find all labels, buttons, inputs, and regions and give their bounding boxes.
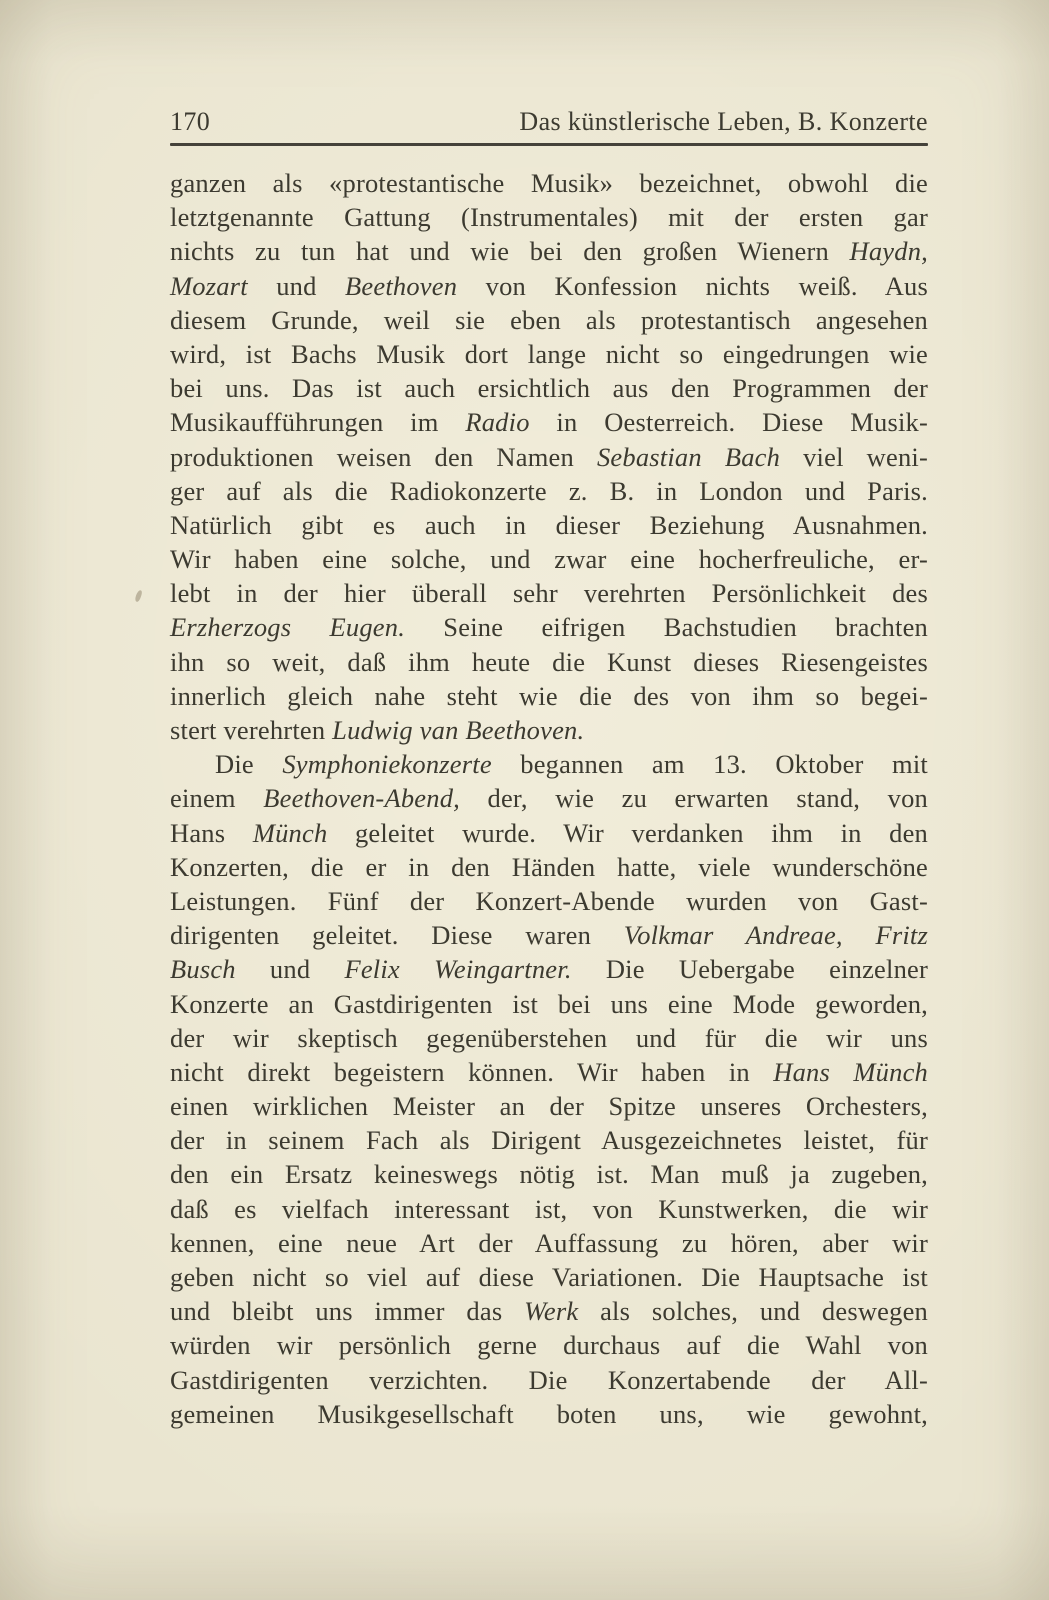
text-line: innerlich gleich nahe steht wie die des … — [170, 679, 928, 713]
text-line: und bleibt uns immer das Werk als solche… — [170, 1294, 928, 1328]
header-rule — [170, 143, 928, 146]
text-segment: nicht direkt begeistern können. Wir habe… — [170, 1057, 773, 1087]
italic-text-segment: Werk — [524, 1296, 578, 1326]
text-segment: produktionen weisen den Namen — [170, 442, 597, 472]
italic-text-segment: Busch — [170, 954, 236, 984]
text-segment: der wir skeptisch gegenüberstehen und fü… — [170, 1023, 928, 1053]
text-segment: einen wirklichen Meister an der Spitze u… — [170, 1091, 928, 1121]
text-line: würden wir persönlich gerne durchaus auf… — [170, 1328, 928, 1362]
text-line: diesem Grunde, weil sie eben als protest… — [170, 303, 928, 337]
text-line: nicht direkt begeistern können. Wir habe… — [170, 1055, 928, 1089]
text-line: nichts zu tun hat und wie bei den großen… — [170, 234, 928, 268]
text-line: Busch und Felix Weingartner. Die Ueberga… — [170, 952, 928, 986]
text-segment: kennen, eine neue Art der Auffassung zu … — [170, 1228, 928, 1258]
italic-text-segment: Mozart — [170, 271, 248, 301]
italic-text-segment: Erzherzogs Eugen. — [170, 612, 405, 642]
text-segment: wird, ist Bachs Musik dort lange nicht s… — [170, 339, 928, 369]
text-segment: der, wie zu erwarten stand, von — [460, 783, 928, 813]
text-line: Gastdirigenten verzichten. Die Konzertab… — [170, 1363, 928, 1397]
text-segment: Leistungen. Fünf der Konzert-Abende wurd… — [170, 886, 928, 916]
text-segment: dirigenten geleitet. Diese waren — [170, 920, 624, 950]
text-segment: Die — [215, 749, 282, 779]
text-segment: würden wir persönlich gerne durchaus auf… — [170, 1330, 928, 1360]
text-segment: den ein Ersatz keineswegs nötig ist. Man… — [170, 1159, 928, 1189]
text-segment: ganzen als «protestantische Musik» bezei… — [170, 168, 928, 198]
text-line: produktionen weisen den Namen Sebastian … — [170, 440, 928, 474]
italic-text-segment: Ludwig van Beethoven. — [332, 715, 584, 745]
text-line: der wir skeptisch gegenüberstehen und fü… — [170, 1021, 928, 1055]
text-segment: geben nicht so viel auf diese Variatione… — [170, 1262, 928, 1292]
text-segment: der in seinem Fach als Dirigent Ausgezei… — [170, 1125, 928, 1155]
text-segment: Wir haben eine solche, und zwar eine hoc… — [170, 544, 928, 574]
text-segment: nichts zu tun hat und wie bei den großen… — [170, 236, 850, 266]
text-line: ger auf als die Radiokonzerte z. B. in L… — [170, 474, 928, 508]
italic-text-segment: Münch — [253, 818, 328, 848]
text-line: Erzherzogs Eugen. Seine eifrigen Bachstu… — [170, 610, 928, 644]
body-text: ganzen als «protestantische Musik» bezei… — [170, 166, 928, 1431]
text-line: ganzen als «protestantische Musik» bezei… — [170, 166, 928, 200]
text-line: kennen, eine neue Art der Auffassung zu … — [170, 1226, 928, 1260]
text-segment: ger auf als die Radiokonzerte z. B. in L… — [170, 476, 928, 506]
text-line: einen wirklichen Meister an der Spitze u… — [170, 1089, 928, 1123]
italic-text-segment: Hans Münch — [773, 1057, 928, 1087]
italic-text-segment: Volkmar Andreae, Fritz — [624, 920, 928, 950]
italic-text-segment: Felix Weingartner. — [344, 954, 571, 984]
text-line: gemeinen Musikgesellschaft boten uns, wi… — [170, 1397, 928, 1431]
text-line: wird, ist Bachs Musik dort lange nicht s… — [170, 337, 928, 371]
text-line: Konzerte an Gastdirigenten ist bei uns e… — [170, 987, 928, 1021]
text-segment: letztgenannte Gattung (Instrumentales) m… — [170, 202, 928, 232]
italic-text-segment: Radio — [465, 407, 529, 437]
text-line: Hans Münch geleitet wurde. Wir verdanken… — [170, 816, 928, 850]
text-line: der in seinem Fach als Dirigent Ausgezei… — [170, 1123, 928, 1157]
text-segment: gemeinen Musikgesellschaft boten uns, wi… — [170, 1399, 928, 1429]
text-line: geben nicht so viel auf diese Variatione… — [170, 1260, 928, 1294]
text-segment: einem — [170, 783, 263, 813]
text-line: bei uns. Das ist auch ersichtlich aus de… — [170, 371, 928, 405]
text-segment: innerlich gleich nahe steht wie die des … — [170, 681, 928, 711]
text-line: Musikaufführungen im Radio in Oesterreic… — [170, 405, 928, 439]
text-segment: daß es vielfach interessant ist, von Kun… — [170, 1194, 928, 1224]
text-segment: begannen am 13. Oktober mit — [492, 749, 928, 779]
text-segment: Hans — [170, 818, 253, 848]
text-segment: Die Uebergabe einzelner — [572, 954, 928, 984]
text-segment: Natürlich gibt es auch in dieser Beziehu… — [170, 510, 928, 540]
text-line: einem Beethoven-Abend, der, wie zu erwar… — [170, 781, 928, 815]
text-line: lebt in der hier überall sehr verehrten … — [170, 576, 928, 610]
text-segment: Konzerte an Gastdirigenten ist bei uns e… — [170, 989, 928, 1019]
text-segment: diesem Grunde, weil sie eben als protest… — [170, 305, 928, 335]
text-line: dirigenten geleitet. Diese waren Volkmar… — [170, 918, 928, 952]
running-title: Das künstlerische Leben, B. Konzerte — [519, 106, 928, 138]
text-line: Mozart und Beethoven von Konfession nich… — [170, 269, 928, 303]
text-segment: ihn so weit, daß ihm heute die Kunst die… — [170, 647, 928, 677]
text-segment: geleitet wurde. Wir verdanken ihm in den — [327, 818, 928, 848]
text-line: Die Symphoniekonzerte begannen am 13. Ok… — [170, 747, 928, 781]
italic-text-segment: Symphoniekonzerte — [282, 749, 491, 779]
text-segment: Musikaufführungen im — [170, 407, 465, 437]
text-segment: als solches, und deswegen — [578, 1296, 928, 1326]
text-segment: Gastdirigenten verzichten. Die Konzertab… — [170, 1365, 928, 1395]
margin-ink-speck — [134, 590, 142, 603]
page-number: 170 — [170, 106, 210, 138]
text-segment: Seine eifrigen Bachstudien brachten — [405, 612, 928, 642]
text-segment: Konzerten, die er in den Händen hatte, v… — [170, 852, 928, 882]
text-segment: bei uns. Das ist auch ersichtlich aus de… — [170, 373, 928, 403]
running-header: 170 Das künstlerische Leben, B. Konzerte — [170, 106, 928, 138]
text-line: Wir haben eine solche, und zwar eine hoc… — [170, 542, 928, 576]
text-line: letztgenannte Gattung (Instrumentales) m… — [170, 200, 928, 234]
text-line: ihn so weit, daß ihm heute die Kunst die… — [170, 645, 928, 679]
text-segment: stert verehrten — [170, 715, 332, 745]
text-segment: und bleibt uns immer das — [170, 1296, 524, 1326]
italic-text-segment: Beethoven — [345, 271, 457, 301]
text-line: den ein Ersatz keineswegs nötig ist. Man… — [170, 1157, 928, 1191]
text-segment: und — [248, 271, 345, 301]
scanned-book-page: 170 Das künstlerische Leben, B. Konzerte… — [0, 0, 1049, 1600]
text-segment: in Oesterreich. Diese Musik- — [530, 407, 928, 437]
text-line: Konzerten, die er in den Händen hatte, v… — [170, 850, 928, 884]
text-segment: von Konfession nichts weiß. Aus — [457, 271, 928, 301]
italic-text-segment: Haydn, — [850, 236, 928, 266]
italic-text-segment: Beethoven-Abend, — [263, 783, 460, 813]
text-segment: lebt in der hier überall sehr verehrten … — [170, 578, 928, 608]
text-line: stert verehrten Ludwig van Beethoven. — [170, 713, 928, 747]
text-line: Leistungen. Fünf der Konzert-Abende wurd… — [170, 884, 928, 918]
text-line: Natürlich gibt es auch in dieser Beziehu… — [170, 508, 928, 542]
italic-text-segment: Sebastian Bach — [597, 442, 780, 472]
text-line: daß es vielfach interessant ist, von Kun… — [170, 1192, 928, 1226]
text-segment: und — [236, 954, 345, 984]
text-segment: viel weni- — [780, 442, 928, 472]
